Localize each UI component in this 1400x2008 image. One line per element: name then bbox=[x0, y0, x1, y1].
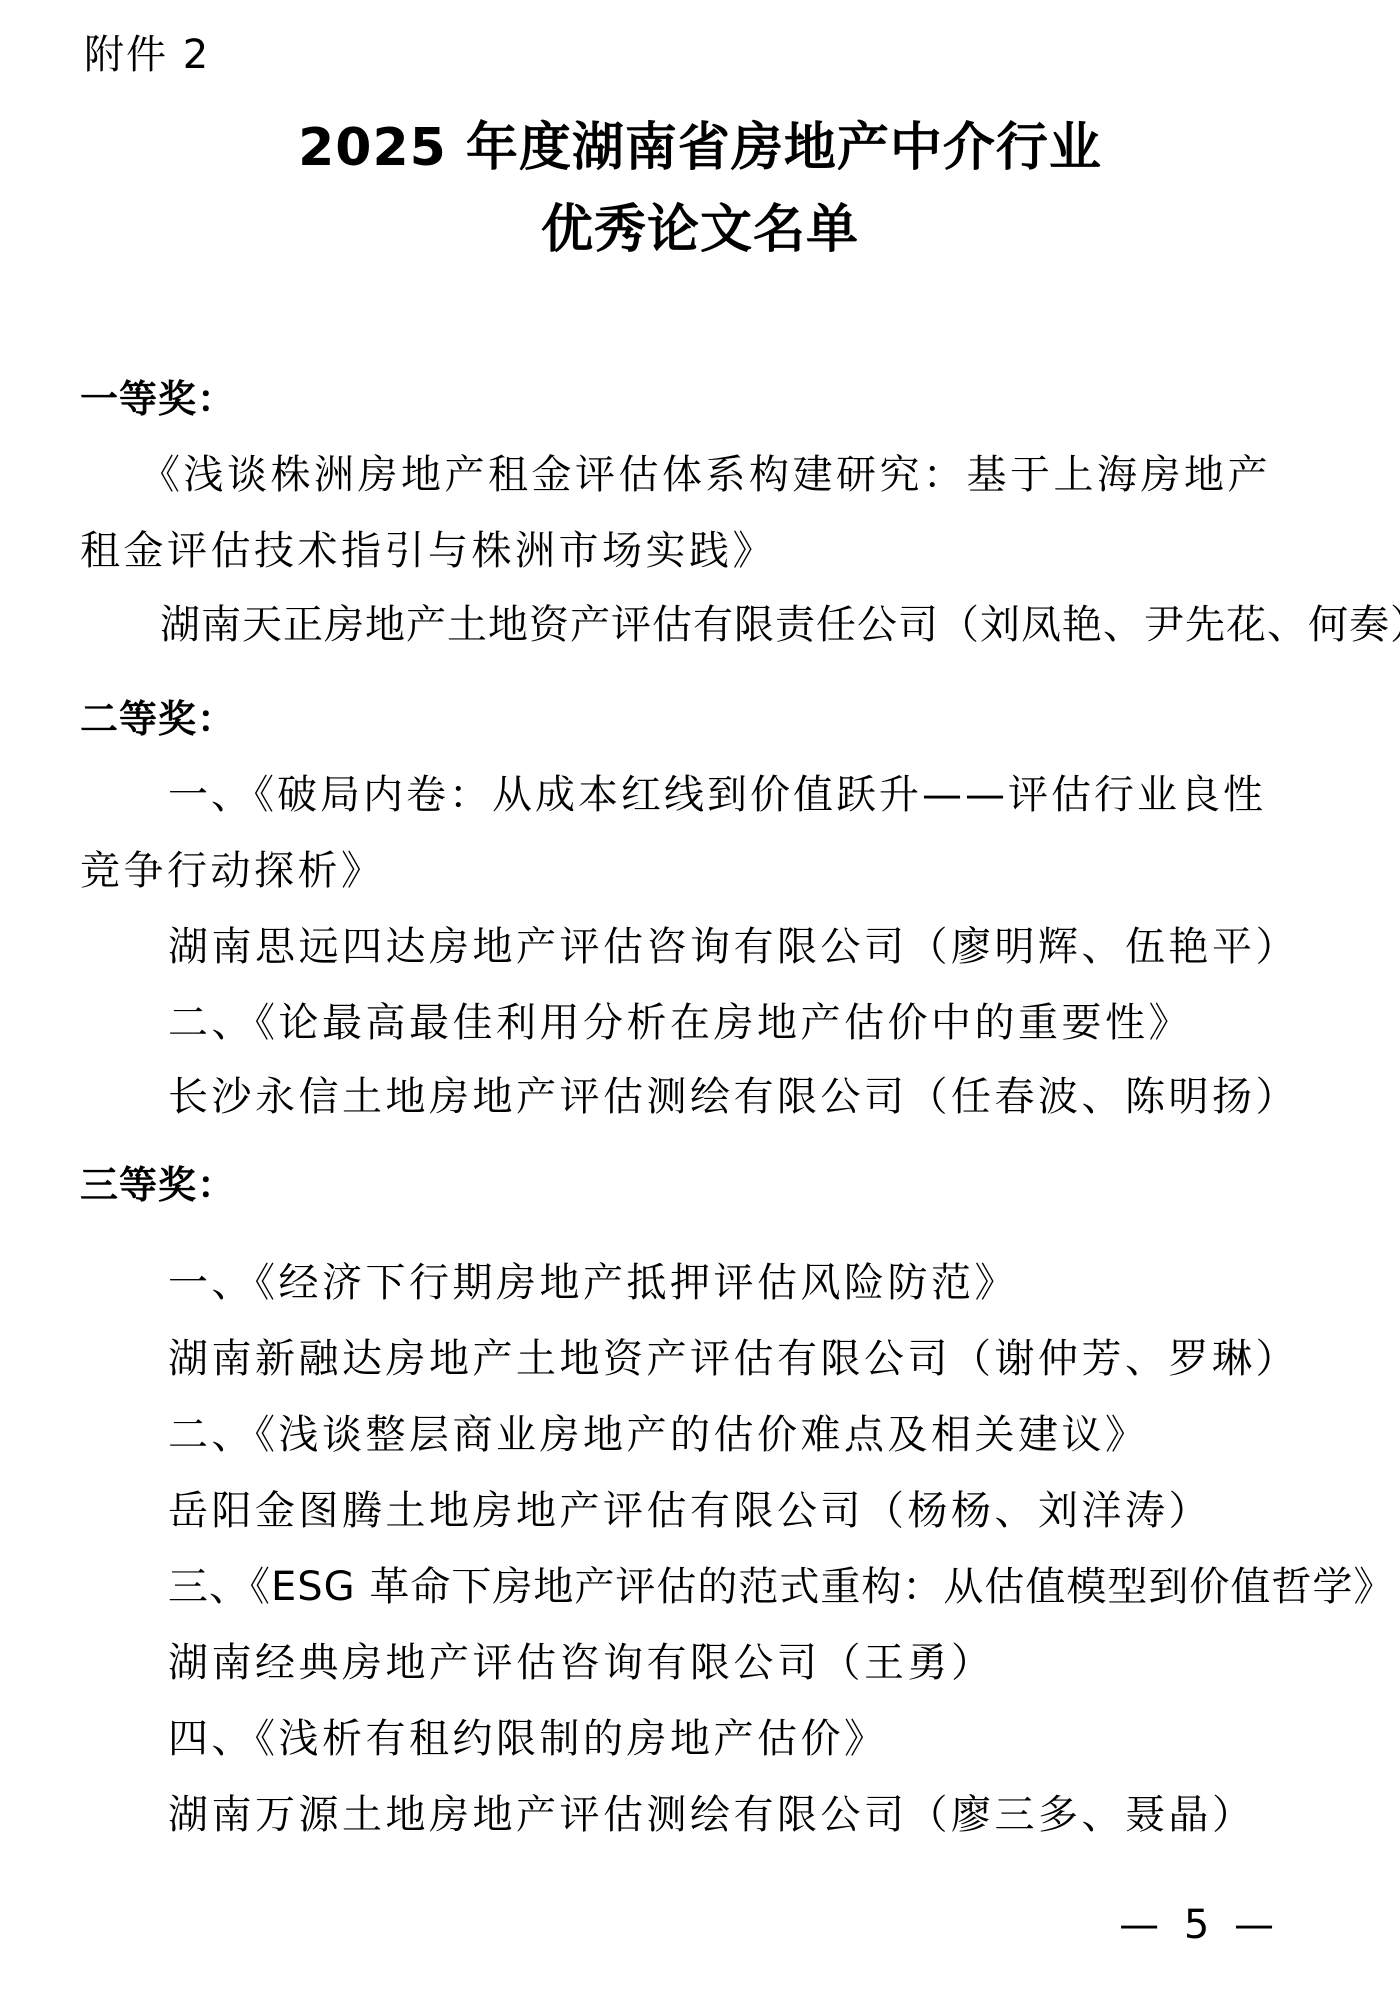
author-names: （刘凤艳、尹先花、何奏） bbox=[939, 602, 1400, 648]
company-name: 岳阳金图腾土地房地产评估有限公司 bbox=[168, 1488, 864, 1534]
company-name: 湖南思远四达房地产评估咨询有限公司 bbox=[168, 924, 908, 970]
third-prize-heading: 三等奖： bbox=[80, 1160, 236, 1210]
paper-title-line-1: 《浅谈株洲房地产租金评估体系构建研究：基于上海房地产 bbox=[140, 450, 1271, 500]
entry-index: 三、 bbox=[168, 1564, 250, 1610]
author-names: （廖明辉、伍艳平） bbox=[908, 924, 1300, 970]
author-names: （杨杨、刘洋涛） bbox=[864, 1488, 1212, 1534]
first-prize-heading: 一等奖： bbox=[80, 374, 236, 424]
paper-title-line-1: 三、《ESG 革命下房地产评估的范式重构：从估值模型到价值哲学》 bbox=[168, 1562, 1394, 1612]
entry-index: 一、 bbox=[168, 1260, 255, 1306]
attachment-label: 附件 2 bbox=[84, 30, 210, 80]
paper-title: 《破局内卷：从成本红线到价值跃升——评估行业良性 bbox=[254, 772, 1266, 818]
paper-title-line-2: 租金评估技术指引与株洲市场实践》 bbox=[80, 526, 776, 576]
paper-title-line-1: 二、《浅谈整层商业房地产的估价难点及相关建议》 bbox=[168, 1410, 1149, 1460]
paper-title-line-1: 二、《论最高最佳利用分析在房地产估价中的重要性》 bbox=[168, 998, 1192, 1048]
paper-title-line-1: 一、《经济下行期房地产抵押评估风险防范》 bbox=[168, 1258, 1018, 1308]
paper-affiliation: 长沙永信土地房地产评估测绘有限公司（任春波、陈明扬） bbox=[168, 1072, 1299, 1122]
paper-title: 《论最高最佳利用分析在房地产估价中的重要性》 bbox=[255, 1000, 1192, 1046]
paper-title: 《浅析有租约限制的房地产估价》 bbox=[255, 1716, 888, 1762]
author-names: （廖三多、聂晶） bbox=[908, 1792, 1256, 1838]
paper-affiliation: 湖南天正房地产土地资产评估有限责任公司（刘凤艳、尹先花、何奏） bbox=[160, 600, 1400, 650]
paper-affiliation: 湖南经典房地产评估咨询有限公司（王勇） bbox=[168, 1638, 995, 1688]
company-name: 湖南万源土地房地产评估测绘有限公司 bbox=[168, 1792, 908, 1838]
page-title-line-2: 优秀论文名单 bbox=[0, 198, 1400, 262]
page-number: — 5 — bbox=[1119, 1900, 1280, 1950]
author-names: （谢仲芳、罗琳） bbox=[951, 1336, 1299, 1382]
company-name: 湖南新融达房地产土地资产评估有限公司 bbox=[168, 1336, 951, 1382]
paper-affiliation: 湖南万源土地房地产评估测绘有限公司（廖三多、聂晶） bbox=[168, 1790, 1256, 1840]
entry-index: 一、 bbox=[168, 772, 254, 818]
paper-title: 《经济下行期房地产抵押评估风险防范》 bbox=[255, 1260, 1018, 1306]
company-name: 长沙永信土地房地产评估测绘有限公司 bbox=[168, 1074, 908, 1120]
entry-index: 二、 bbox=[168, 1000, 255, 1046]
paper-title-line-1: 四、《浅析有租约限制的房地产估价》 bbox=[168, 1714, 888, 1764]
paper-title: 《ESG 革命下房地产评估的范式重构：从估值模型到价值哲学》 bbox=[250, 1564, 1394, 1610]
entry-index: 四、 bbox=[168, 1716, 255, 1762]
author-names: （王勇） bbox=[821, 1640, 995, 1686]
paper-affiliation: 湖南新融达房地产土地资产评估有限公司（谢仲芳、罗琳） bbox=[168, 1334, 1299, 1384]
second-prize-heading: 二等奖： bbox=[80, 694, 236, 744]
paper-title-line-2: 竞争行动探析》 bbox=[80, 846, 385, 896]
paper-affiliation: 湖南思远四达房地产评估咨询有限公司（廖明辉、伍艳平） bbox=[168, 922, 1299, 972]
paper-title: 《浅谈整层商业房地产的估价难点及相关建议》 bbox=[255, 1412, 1149, 1458]
paper-title-line-1: 一、《破局内卷：从成本红线到价值跃升——评估行业良性 bbox=[168, 770, 1266, 820]
author-names: （任春波、陈明扬） bbox=[908, 1074, 1300, 1120]
company-name: 湖南天正房地产土地资产评估有限责任公司 bbox=[160, 602, 939, 648]
page-title-line-1: 2025 年度湖南省房地产中介行业 bbox=[0, 116, 1400, 180]
paper-affiliation: 岳阳金图腾土地房地产评估有限公司（杨杨、刘洋涛） bbox=[168, 1486, 1212, 1536]
company-name: 湖南经典房地产评估咨询有限公司 bbox=[168, 1640, 821, 1686]
entry-index: 二、 bbox=[168, 1412, 255, 1458]
